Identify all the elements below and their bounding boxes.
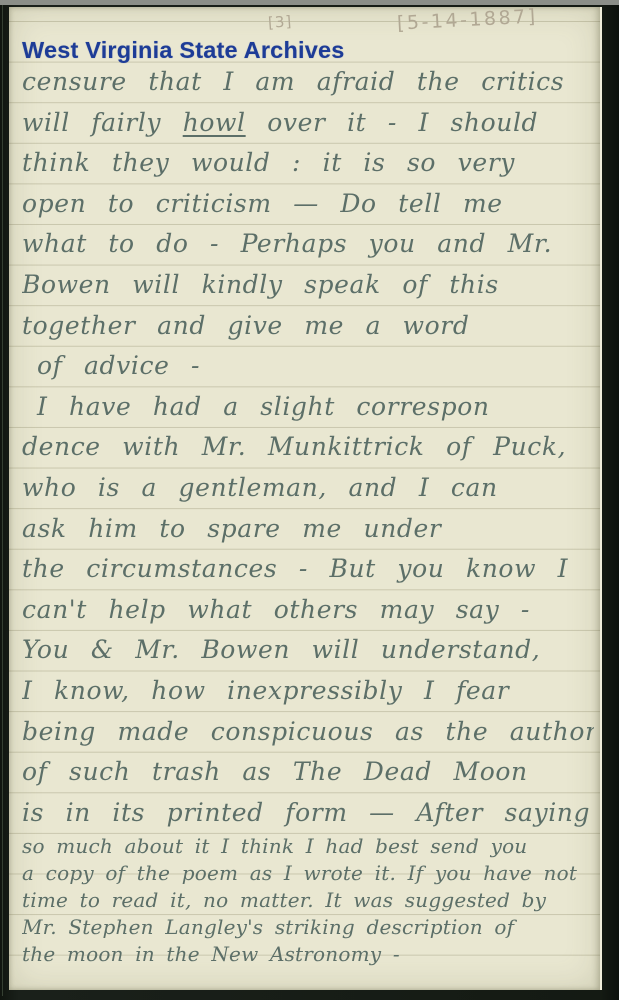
letter-body: censure that I am afraid the criticswill… bbox=[22, 62, 594, 968]
pencil-date-annotation: [5-14-1887] bbox=[397, 5, 539, 34]
archive-watermark-title: West Virginia State Archives bbox=[22, 37, 345, 64]
letter-line: of such trash as The Dead Moon bbox=[22, 752, 594, 793]
letter-line: so much about it I think I had best send… bbox=[22, 833, 594, 860]
letter-line: together and give me a word bbox=[22, 306, 594, 347]
pencil-page-number: [3] bbox=[267, 12, 292, 32]
letter-line: time to read it, no matter. It was sugge… bbox=[22, 887, 594, 914]
underlined-word: howl bbox=[183, 108, 246, 137]
scan-frame: [3] [5-14-1887] West Virginia State Arch… bbox=[0, 0, 619, 1000]
letter-line: Mr. Stephen Langley's striking descripti… bbox=[22, 914, 594, 941]
letter-line: Bowen will kindly speak of this bbox=[22, 265, 594, 306]
letter-line: will fairly howl over it - I should bbox=[22, 103, 594, 144]
letter-line: the moon in the New Astronomy - bbox=[22, 941, 594, 968]
letter-line: open to criticism — Do tell me bbox=[22, 184, 594, 225]
letter-line: can't help what others may say - bbox=[22, 590, 594, 631]
letter-line: who is a gentleman, and I can bbox=[22, 468, 594, 509]
letter-line: censure that I am afraid the critics bbox=[22, 62, 594, 103]
letter-line: I have had a slight correspon bbox=[22, 387, 594, 428]
letter-line: You & Mr. Bowen will understand, bbox=[22, 630, 594, 671]
letter-line: a copy of the poem as I wrote it. If you… bbox=[22, 860, 594, 887]
letter-line: I know, how inexpressibly I fear bbox=[22, 671, 594, 712]
letter-line: what to do - Perhaps you and Mr. bbox=[22, 224, 594, 265]
letter-line: the circumstances - But you know I bbox=[22, 549, 594, 590]
letter-line: dence with Mr. Munkittrick of Puck, bbox=[22, 427, 594, 468]
letter-line: think they would : it is so very bbox=[22, 143, 594, 184]
letter-line: of advice - bbox=[22, 346, 594, 387]
line-text: will fairly bbox=[22, 108, 183, 137]
letter-line: is in its printed form — After saying bbox=[22, 793, 594, 834]
letter-line: being made conspicuous as the author bbox=[22, 712, 594, 753]
letter-page: [3] [5-14-1887] West Virginia State Arch… bbox=[9, 7, 602, 990]
letter-line: ask him to spare me under bbox=[22, 509, 594, 550]
line-text: over it - I should bbox=[246, 108, 539, 137]
